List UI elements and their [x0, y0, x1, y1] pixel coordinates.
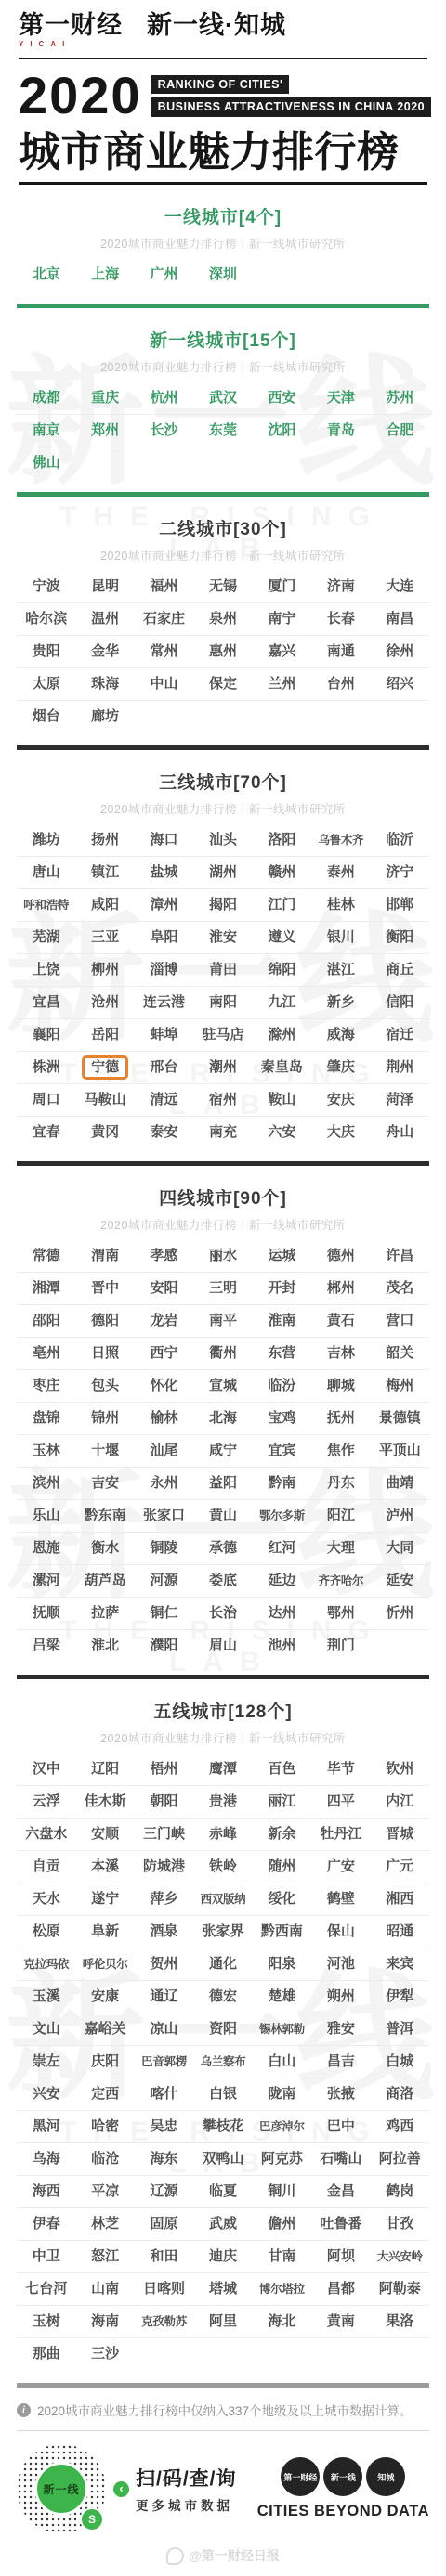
- city-name: 通化: [209, 1956, 237, 1973]
- city-name: 黄山: [209, 1508, 237, 1524]
- city-row: 玉溪安康通辽德宏楚雄朔州伊犁: [17, 1981, 429, 2013]
- city-name: 达州: [268, 1605, 295, 1622]
- city-name: 玉溪: [33, 1988, 60, 2005]
- city-name: 宿州: [209, 1092, 237, 1108]
- city-name: 聊城: [327, 1378, 355, 1394]
- city-name: 安康: [91, 1988, 119, 2005]
- city-name: 新余: [268, 1826, 295, 1843]
- section-divider: [17, 492, 429, 497]
- tier-section: 四线城市[90个] 2020城市商业魅力排行榜｜新一线城市研究所 常德渭南孝感丽…: [0, 1184, 446, 1662]
- city-row: 兴安定西喀什白银陇南张掖商洛: [17, 2078, 429, 2111]
- city-name: 烟台: [33, 708, 60, 725]
- city-name: 桂林: [327, 897, 355, 913]
- city-name: 枣庄: [33, 1378, 60, 1394]
- city-name: 晋城: [386, 1826, 413, 1843]
- city-name: 濮阳: [151, 1638, 178, 1654]
- city-name: 湛江: [327, 962, 355, 978]
- city-name: 济宁: [386, 864, 413, 881]
- section-title: 四线城市[90个]: [17, 1184, 429, 1210]
- city-name: 广安: [327, 1858, 355, 1875]
- scan-subtitle: 更多城市数据: [136, 2495, 237, 2514]
- city-name: 兴安: [33, 2086, 60, 2103]
- city-name: 邢台: [151, 1059, 178, 1076]
- city-name: 喀什: [151, 2086, 178, 2103]
- city-name: 克孜勒苏: [141, 2315, 187, 2329]
- city-name: 张掖: [327, 2086, 355, 2103]
- scan-block: ‹ 扫/码/查/询 更多城市数据: [113, 2464, 237, 2514]
- city-name: 普洱: [386, 2021, 413, 2038]
- city-row: 佛山: [17, 447, 429, 479]
- city-name: 乌兰察布: [201, 2055, 246, 2069]
- city-name: 贵阳: [33, 643, 60, 660]
- city-name: 自贡: [33, 1858, 60, 1875]
- city-name: 阿里: [209, 2313, 237, 2330]
- city-name: 南宁: [268, 611, 295, 628]
- city-row: 吕梁淮北濮阳眉山池州荆门: [17, 1630, 429, 1662]
- city-name: 商丘: [386, 962, 413, 978]
- city-name: 伊犁: [386, 1988, 413, 2005]
- city-grid: 常德渭南孝感丽水运城德州许昌湘潭晋中安阳三明开封郴州茂名邵阳德阳龙岩南平淮南黄石…: [17, 1240, 429, 1662]
- city-name: 防城港: [143, 1858, 185, 1875]
- city-name: 南昌: [386, 611, 413, 628]
- city-name: 台州: [327, 676, 355, 693]
- city-name: 铜川: [268, 2183, 295, 2200]
- city-row: 烟台廊坊: [17, 701, 429, 732]
- city-name: 海北: [268, 2313, 295, 2330]
- city-name: 渭南: [91, 1248, 119, 1264]
- city-name: 绵阳: [268, 962, 295, 978]
- city-name: 无锡: [209, 578, 237, 595]
- city-name: 新乡: [327, 994, 355, 1011]
- city-name: 衡阳: [386, 929, 413, 946]
- city-name: 锡林郭勒: [259, 2023, 305, 2037]
- city-name: 宣城: [209, 1378, 237, 1394]
- city-name: 驻马店: [202, 1027, 243, 1043]
- city-name: 惠州: [209, 643, 237, 660]
- city-name: 漳州: [151, 897, 178, 913]
- tier-section: 三线城市[70个] 2020城市商业魅力排行榜｜新一线城市研究所 潍坊扬州海口汕…: [0, 769, 446, 1148]
- city-name: 马鞍山: [85, 1092, 126, 1108]
- city-name: 铜陵: [151, 1540, 178, 1557]
- city-name: 大庆: [327, 1124, 355, 1141]
- city-name: 阿勒泰: [379, 2281, 421, 2298]
- city-name: 延安: [386, 1573, 413, 1589]
- city-row: 抚顺拉萨铜仁长治达州鄂州忻州: [17, 1598, 429, 1630]
- city-name: 漯河: [33, 1573, 60, 1589]
- city-name: 唐山: [33, 864, 60, 881]
- city-name: 鞍山: [268, 1092, 295, 1108]
- section-watermark: 2020城市商业魅力排行榜｜新一线城市研究所: [17, 358, 429, 375]
- city-row: 邵阳德阳龙岩南平淮南黄石营口: [17, 1305, 429, 1338]
- city-name: 楚雄: [268, 1988, 295, 2005]
- qr-block: 新一线 S ‹ 扫/码/查/询 更多城市数据: [17, 2444, 237, 2533]
- city-grid: 北京上海广州深圳: [17, 259, 429, 291]
- city-name: 日照: [91, 1345, 119, 1362]
- city-name: 钦州: [386, 1761, 413, 1778]
- city-name: 甘南: [268, 2248, 295, 2265]
- city-row: 中卫怒江和田迪庆甘南阿坝大兴安岭: [17, 2241, 429, 2273]
- city-name: 大连: [386, 578, 413, 595]
- city-row: 玉林十堰汕尾咸宁宜宾焦作平顶山: [17, 1435, 429, 1468]
- city-name: 海西: [33, 2183, 60, 2200]
- city-name: 百色: [268, 1761, 295, 1778]
- city-row: 漯河葫芦岛河源娄底延边齐齐哈尔延安: [17, 1565, 429, 1598]
- city-grid: 潍坊扬州海口汕头洛阳乌鲁木齐临沂唐山镇江盐城湖州赣州泰州济宁呼和浩特咸阳漳州揭阳…: [17, 824, 429, 1148]
- city-name: 保定: [209, 676, 237, 693]
- city-name: 玉树: [33, 2313, 60, 2330]
- footnote-text: 2020城市商业魅力排行榜中仅纳入337个地级及以上城市数据计算。: [37, 2401, 413, 2419]
- city-name: 昌都: [327, 2281, 355, 2298]
- city-name: 黑河: [33, 2118, 60, 2135]
- city-name: 清远: [151, 1092, 178, 1108]
- city-name: 上海: [91, 266, 119, 283]
- city-name: 株洲: [33, 1059, 60, 1076]
- city-name: 盐城: [151, 864, 178, 881]
- city-name: 石嘴山: [320, 2151, 361, 2168]
- city-row: 乌海临沧海东双鸭山阿克苏石嘴山阿拉善: [17, 2143, 429, 2176]
- city-name: 温州: [91, 611, 119, 628]
- city-name: 三亚: [91, 929, 119, 946]
- city-name: 景德镇: [379, 1410, 421, 1427]
- city-name: 廊坊: [91, 708, 119, 725]
- banner-line-2: BUSINESS ATTRACTIVENESS IN CHINA 2020: [151, 97, 432, 117]
- city-name: 红河: [268, 1540, 295, 1557]
- city-name: 哈密: [91, 2118, 119, 2135]
- city-name: 果洛: [386, 2313, 413, 2330]
- city-name: 盘锦: [33, 1410, 60, 1427]
- city-row: 成都重庆杭州武汉西安天津苏州: [17, 382, 429, 415]
- city-name: 内江: [386, 1793, 413, 1810]
- city-name: 克拉玛依: [23, 1958, 69, 1972]
- city-row: 玉树海南克孜勒苏阿里海北黄南果洛: [17, 2306, 429, 2338]
- city-name: 大兴安岭: [377, 2250, 423, 2264]
- city-name: 舟山: [386, 1124, 413, 1141]
- section-watermark: 2020城市商业魅力排行榜｜新一线城市研究所: [17, 1216, 429, 1233]
- city-name: 贺州: [151, 1956, 178, 1973]
- city-name: 文山: [33, 2021, 60, 2038]
- weibo-icon: [166, 2547, 184, 2565]
- city-name: 遵义: [268, 929, 295, 946]
- city-row: 贵阳金华常州惠州嘉兴南通徐州: [17, 636, 429, 668]
- city-name: 抚州: [327, 1410, 355, 1427]
- city-name: 荆门: [327, 1638, 355, 1654]
- city-name: 永州: [151, 1475, 178, 1492]
- city-name: 上饶: [33, 962, 60, 978]
- city-name: 阜新: [91, 1923, 119, 1940]
- city-name: 淮北: [91, 1638, 119, 1654]
- section-watermark: 2020城市商业魅力排行榜｜新一线城市研究所: [17, 800, 429, 817]
- city-name: 安阳: [151, 1280, 178, 1297]
- city-name: 长春: [327, 611, 355, 628]
- city-name: 攀枝花: [202, 2118, 243, 2135]
- city-name: 三明: [209, 1280, 237, 1297]
- city-name: 泰安: [151, 1124, 178, 1141]
- city-name: 蚌埠: [151, 1027, 178, 1043]
- page-footer: i 2020城市商业魅力排行榜中仅纳入337个地级及以上城市数据计算。 新一线 …: [0, 2401, 446, 2565]
- brand-circle-logo: 第一财经: [281, 2457, 320, 2496]
- city-name: 金昌: [327, 2183, 355, 2200]
- city-name: 铜仁: [151, 1605, 178, 1622]
- city-name: 阿拉善: [379, 2151, 421, 2168]
- city-name: 湖州: [209, 864, 237, 881]
- city-name: 德宏: [209, 1988, 237, 2005]
- city-name: 忻州: [386, 1605, 413, 1622]
- city-name: 资阳: [209, 2021, 237, 2038]
- city-row: 黑河哈密吴忠攀枝花巴彦淖尔巴中鸡西: [17, 2111, 429, 2143]
- city-name: 阿克苏: [261, 2151, 303, 2168]
- city-name: 榆林: [151, 1410, 178, 1427]
- section-title: 新一线城市[15个]: [17, 327, 429, 352]
- city-name: 辽源: [151, 2183, 178, 2200]
- city-name: 厦门: [268, 578, 295, 595]
- city-name: 阳泉: [268, 1956, 295, 1973]
- city-name: 滁州: [268, 1027, 295, 1043]
- city-name: 池州: [268, 1638, 295, 1654]
- section-watermark: 2020城市商业魅力排行榜｜新一线城市研究所: [17, 1729, 429, 1746]
- footnote: i 2020城市商业魅力排行榜中仅纳入337个地级及以上城市数据计算。: [17, 2401, 429, 2419]
- city-name: 南阳: [209, 994, 237, 1011]
- city-name: 吕梁: [33, 1638, 60, 1654]
- city-name: 青岛: [327, 422, 355, 439]
- city-name: 龙岩: [151, 1313, 178, 1329]
- city-name: 广州: [151, 266, 178, 283]
- city-name: 中卫: [33, 2248, 60, 2265]
- city-name: 咸阳: [91, 897, 119, 913]
- city-name: 成都: [33, 390, 60, 407]
- city-name: 平凉: [91, 2183, 119, 2200]
- city-name: 吉安: [91, 1475, 119, 1492]
- section-divider: [17, 1161, 429, 1166]
- tier-section: 五线城市[128个] 2020城市商业魅力排行榜｜新一线城市研究所 汉中辽阳梧州…: [0, 1698, 446, 2370]
- city-name: 湘潭: [33, 1280, 60, 1297]
- city-name: 丹东: [327, 1475, 355, 1492]
- city-name: 庆阳: [91, 2053, 119, 2070]
- section-watermark: 2020城市商业魅力排行榜｜新一线城市研究所: [17, 235, 429, 252]
- city-row: 松原阜新酒泉张家界黔西南保山昭通: [17, 1916, 429, 1948]
- city-name: 东莞: [209, 422, 237, 439]
- city-row: 自贡本溪防城港铁岭随州广安广元: [17, 1851, 429, 1883]
- city-name: 拉萨: [91, 1605, 119, 1622]
- city-name: 衢州: [209, 1345, 237, 1362]
- city-row: 北京上海广州深圳: [17, 259, 429, 291]
- city-row: 芜湖三亚阜阳淮安遵义银川衡阳: [17, 922, 429, 954]
- brand-circle-logos: 第一财经新一线知城: [281, 2457, 405, 2496]
- city-row: 枣庄包头怀化宣城临汾聊城梅州: [17, 1370, 429, 1403]
- city-name: 武威: [209, 2216, 237, 2233]
- city-name: 信阳: [386, 994, 413, 1011]
- city-name: 宜春: [33, 1124, 60, 1141]
- city-name: 黔西南: [261, 1923, 303, 1940]
- city-name: 银川: [327, 929, 355, 946]
- city-name: 七台河: [25, 2281, 67, 2298]
- city-name: 常州: [151, 643, 178, 660]
- brand-block: 第一财经新一线知城 CITIES BEYOND DATA: [257, 2457, 429, 2520]
- city-row: 七台河山南日喀则塔城博尔塔拉昌都阿勒泰: [17, 2273, 429, 2306]
- city-name: 塔城: [209, 2281, 237, 2298]
- city-name: 阜阳: [151, 929, 178, 946]
- city-name: 营口: [386, 1313, 413, 1329]
- city-name: 许昌: [386, 1248, 413, 1264]
- city-name: 阳江: [327, 1508, 355, 1524]
- city-name: 深圳: [209, 266, 237, 283]
- city-row: 那曲三沙: [17, 2338, 429, 2370]
- city-name: 连云港: [143, 994, 185, 1011]
- weibo-watermark: @第一财经日报: [17, 2546, 429, 2565]
- city-name: 衡水: [91, 1540, 119, 1557]
- city-name: 荆州: [386, 1059, 413, 1076]
- city-name: 承德: [209, 1540, 237, 1557]
- section-title: 三线城市[70个]: [17, 769, 429, 794]
- city-name: 芜湖: [33, 929, 60, 946]
- city-name: 开封: [268, 1280, 295, 1297]
- city-name: 镇江: [91, 864, 119, 881]
- city-row: 文山嘉峪关凉山资阳锡林郭勒雅安普洱: [17, 2013, 429, 2046]
- city-name: 保山: [327, 1923, 355, 1940]
- city-name: 昆明: [91, 578, 119, 595]
- city-name: 福州: [151, 578, 178, 595]
- city-name: 丽江: [268, 1793, 295, 1810]
- city-grid: 汉中辽阳梧州鹰潭百色毕节钦州云浮佳木斯朝阳贵港丽江四平内江六盘水安顺三门峡赤峰新…: [17, 1754, 429, 2370]
- city-name: 海南: [91, 2313, 119, 2330]
- city-name: 宜宾: [268, 1443, 295, 1459]
- city-name: 临沧: [91, 2151, 119, 2168]
- city-name: 四平: [327, 1793, 355, 1810]
- header-divider: [19, 58, 427, 59]
- city-name: 郑州: [91, 422, 119, 439]
- city-name: 甘孜: [386, 2216, 413, 2233]
- city-name: 泰州: [327, 864, 355, 881]
- city-name: 宁波: [33, 578, 60, 595]
- city-name: 伊春: [33, 2216, 60, 2233]
- yicai-logo-sub: YICAI: [19, 40, 123, 48]
- city-name: 嘉兴: [268, 643, 295, 660]
- city-name: 白山: [268, 2053, 295, 2070]
- city-name: 滨州: [33, 1475, 60, 1492]
- highlighted-city: 宁德: [82, 1055, 128, 1080]
- city-name: 宿迁: [386, 1027, 413, 1043]
- city-row: 崇左庆阳巴音郭楞乌兰察布白山昌吉白城: [17, 2046, 429, 2078]
- city-name: 长治: [209, 1605, 237, 1622]
- brand-circle-logo: 新一线: [323, 2457, 362, 2496]
- city-name: 湘西: [386, 1891, 413, 1908]
- city-name: 河池: [327, 1956, 355, 1973]
- city-name: 南充: [209, 1124, 237, 1141]
- qr-code: 新一线 S: [17, 2444, 106, 2533]
- city-name: 呼和浩特: [23, 899, 69, 913]
- city-name: 中山: [151, 676, 178, 693]
- city-name: 来宾: [386, 1956, 413, 1973]
- city-name: 梅州: [386, 1378, 413, 1394]
- city-name: 铁岭: [209, 1858, 237, 1875]
- city-row: 滨州吉安永州益阳黔南丹东曲靖: [17, 1468, 429, 1500]
- banner-year: 2020: [19, 72, 142, 119]
- city-name: 六安: [268, 1124, 295, 1141]
- city-name: 石家庄: [143, 611, 185, 628]
- city-name: 扬州: [91, 832, 119, 848]
- city-name: 辽阳: [91, 1761, 119, 1778]
- city-name: 秦皇岛: [261, 1059, 303, 1076]
- city-name: 泸州: [386, 1508, 413, 1524]
- city-row: 海西平凉辽源临夏铜川金昌鹤岗: [17, 2176, 429, 2208]
- city-name: 松原: [33, 1923, 60, 1940]
- city-name: 潮州: [209, 1059, 237, 1076]
- city-row: 天水遂宁萍乡西双版纳绥化鹤壁湘西: [17, 1883, 429, 1916]
- city-name: 济南: [327, 578, 355, 595]
- city-name: 揭阳: [209, 897, 237, 913]
- title-banner: 2020 RANKING OF CITIES' BUSINESS ATTRACT…: [19, 72, 427, 119]
- city-name: 和田: [151, 2248, 178, 2265]
- city-row: 上饶柳州淄博莆田绵阳湛江商丘: [17, 954, 429, 987]
- city-name: 太原: [33, 676, 60, 693]
- city-name: 大同: [386, 1540, 413, 1557]
- section-title: 五线城市[128个]: [17, 1698, 429, 1723]
- city-name: 重庆: [91, 390, 119, 407]
- city-name: 鹤壁: [327, 1891, 355, 1908]
- city-name: 河源: [151, 1573, 178, 1589]
- city-name: 海口: [151, 832, 178, 848]
- weibo-handle: @第一财经日报: [189, 2546, 280, 2565]
- city-name: 巴音郭楞: [141, 2055, 187, 2069]
- city-name: 运城: [268, 1248, 295, 1264]
- city-name: 金华: [91, 643, 119, 660]
- city-name: 恩施: [33, 1540, 60, 1557]
- banner-bars: RANKING OF CITIES' BUSINESS ATTRACTIVENE…: [151, 75, 432, 117]
- city-name: 梧州: [151, 1761, 178, 1778]
- city-name: 张家口: [143, 1508, 185, 1524]
- city-name: 双鸭山: [202, 2151, 243, 2168]
- miniprogram-icon: S: [80, 2507, 104, 2531]
- tier-section: 一线城市[4个] 2020城市商业魅力排行榜｜新一线城市研究所 北京上海广州深圳: [0, 203, 446, 291]
- city-name: 岳阳: [91, 1027, 119, 1043]
- city-row: 宁波昆明福州无锡厦门济南大连: [17, 571, 429, 603]
- page-header: 第一财经 YICAI 新一线·知城 2020 RANKING OF CITIES…: [0, 0, 446, 185]
- city-name: 凉山: [151, 2021, 178, 2038]
- city-name: 威海: [327, 1027, 355, 1043]
- city-name: 邵阳: [33, 1313, 60, 1329]
- city-name: 杭州: [151, 390, 178, 407]
- section-divider: [17, 304, 429, 308]
- city-name: 定西: [91, 2086, 119, 2103]
- city-name: 朔州: [327, 1988, 355, 2005]
- city-name: 南通: [327, 643, 355, 660]
- city-name: 益阳: [209, 1475, 237, 1492]
- city-name: 柳州: [91, 962, 119, 978]
- city-name: 白城: [386, 2053, 413, 2070]
- footer-main: 新一线 S ‹ 扫/码/查/询 更多城市数据 第一财经新一线知城 CITIES …: [17, 2444, 429, 2533]
- city-name: 郴州: [327, 1280, 355, 1297]
- city-row: 乐山黔东南张家口黄山鄂尔多斯阳江泸州: [17, 1500, 429, 1533]
- city-name: 博尔塔拉: [259, 2283, 305, 2297]
- city-name: 西宁: [151, 1345, 178, 1362]
- city-name: 沈阳: [268, 422, 295, 439]
- city-name: 固原: [151, 2216, 178, 2233]
- city-name: 三沙: [91, 2346, 119, 2362]
- footnote-divider: [17, 2430, 429, 2431]
- city-name: 东营: [268, 1345, 295, 1362]
- city-name: 长沙: [151, 422, 178, 439]
- city-name: 葫芦岛: [85, 1573, 126, 1589]
- city-name: 赣州: [268, 864, 295, 881]
- city-grid: 宁波昆明福州无锡厦门济南大连哈尔滨温州石家庄泉州南宁长春南昌贵阳金华常州惠州嘉兴…: [17, 571, 429, 732]
- city-name: 抚顺: [33, 1605, 60, 1622]
- city-name: 通辽: [151, 1988, 178, 2005]
- city-name: 那曲: [33, 2346, 60, 2362]
- city-name: 晋中: [91, 1280, 119, 1297]
- tier-section: 二线城市[30个] 2020城市商业魅力排行榜｜新一线城市研究所 宁波昆明福州无…: [0, 515, 446, 732]
- city-name: 鄂州: [327, 1605, 355, 1622]
- yicai-logo-text: 第一财经: [19, 13, 123, 38]
- city-name: 鹤岗: [386, 2183, 413, 2200]
